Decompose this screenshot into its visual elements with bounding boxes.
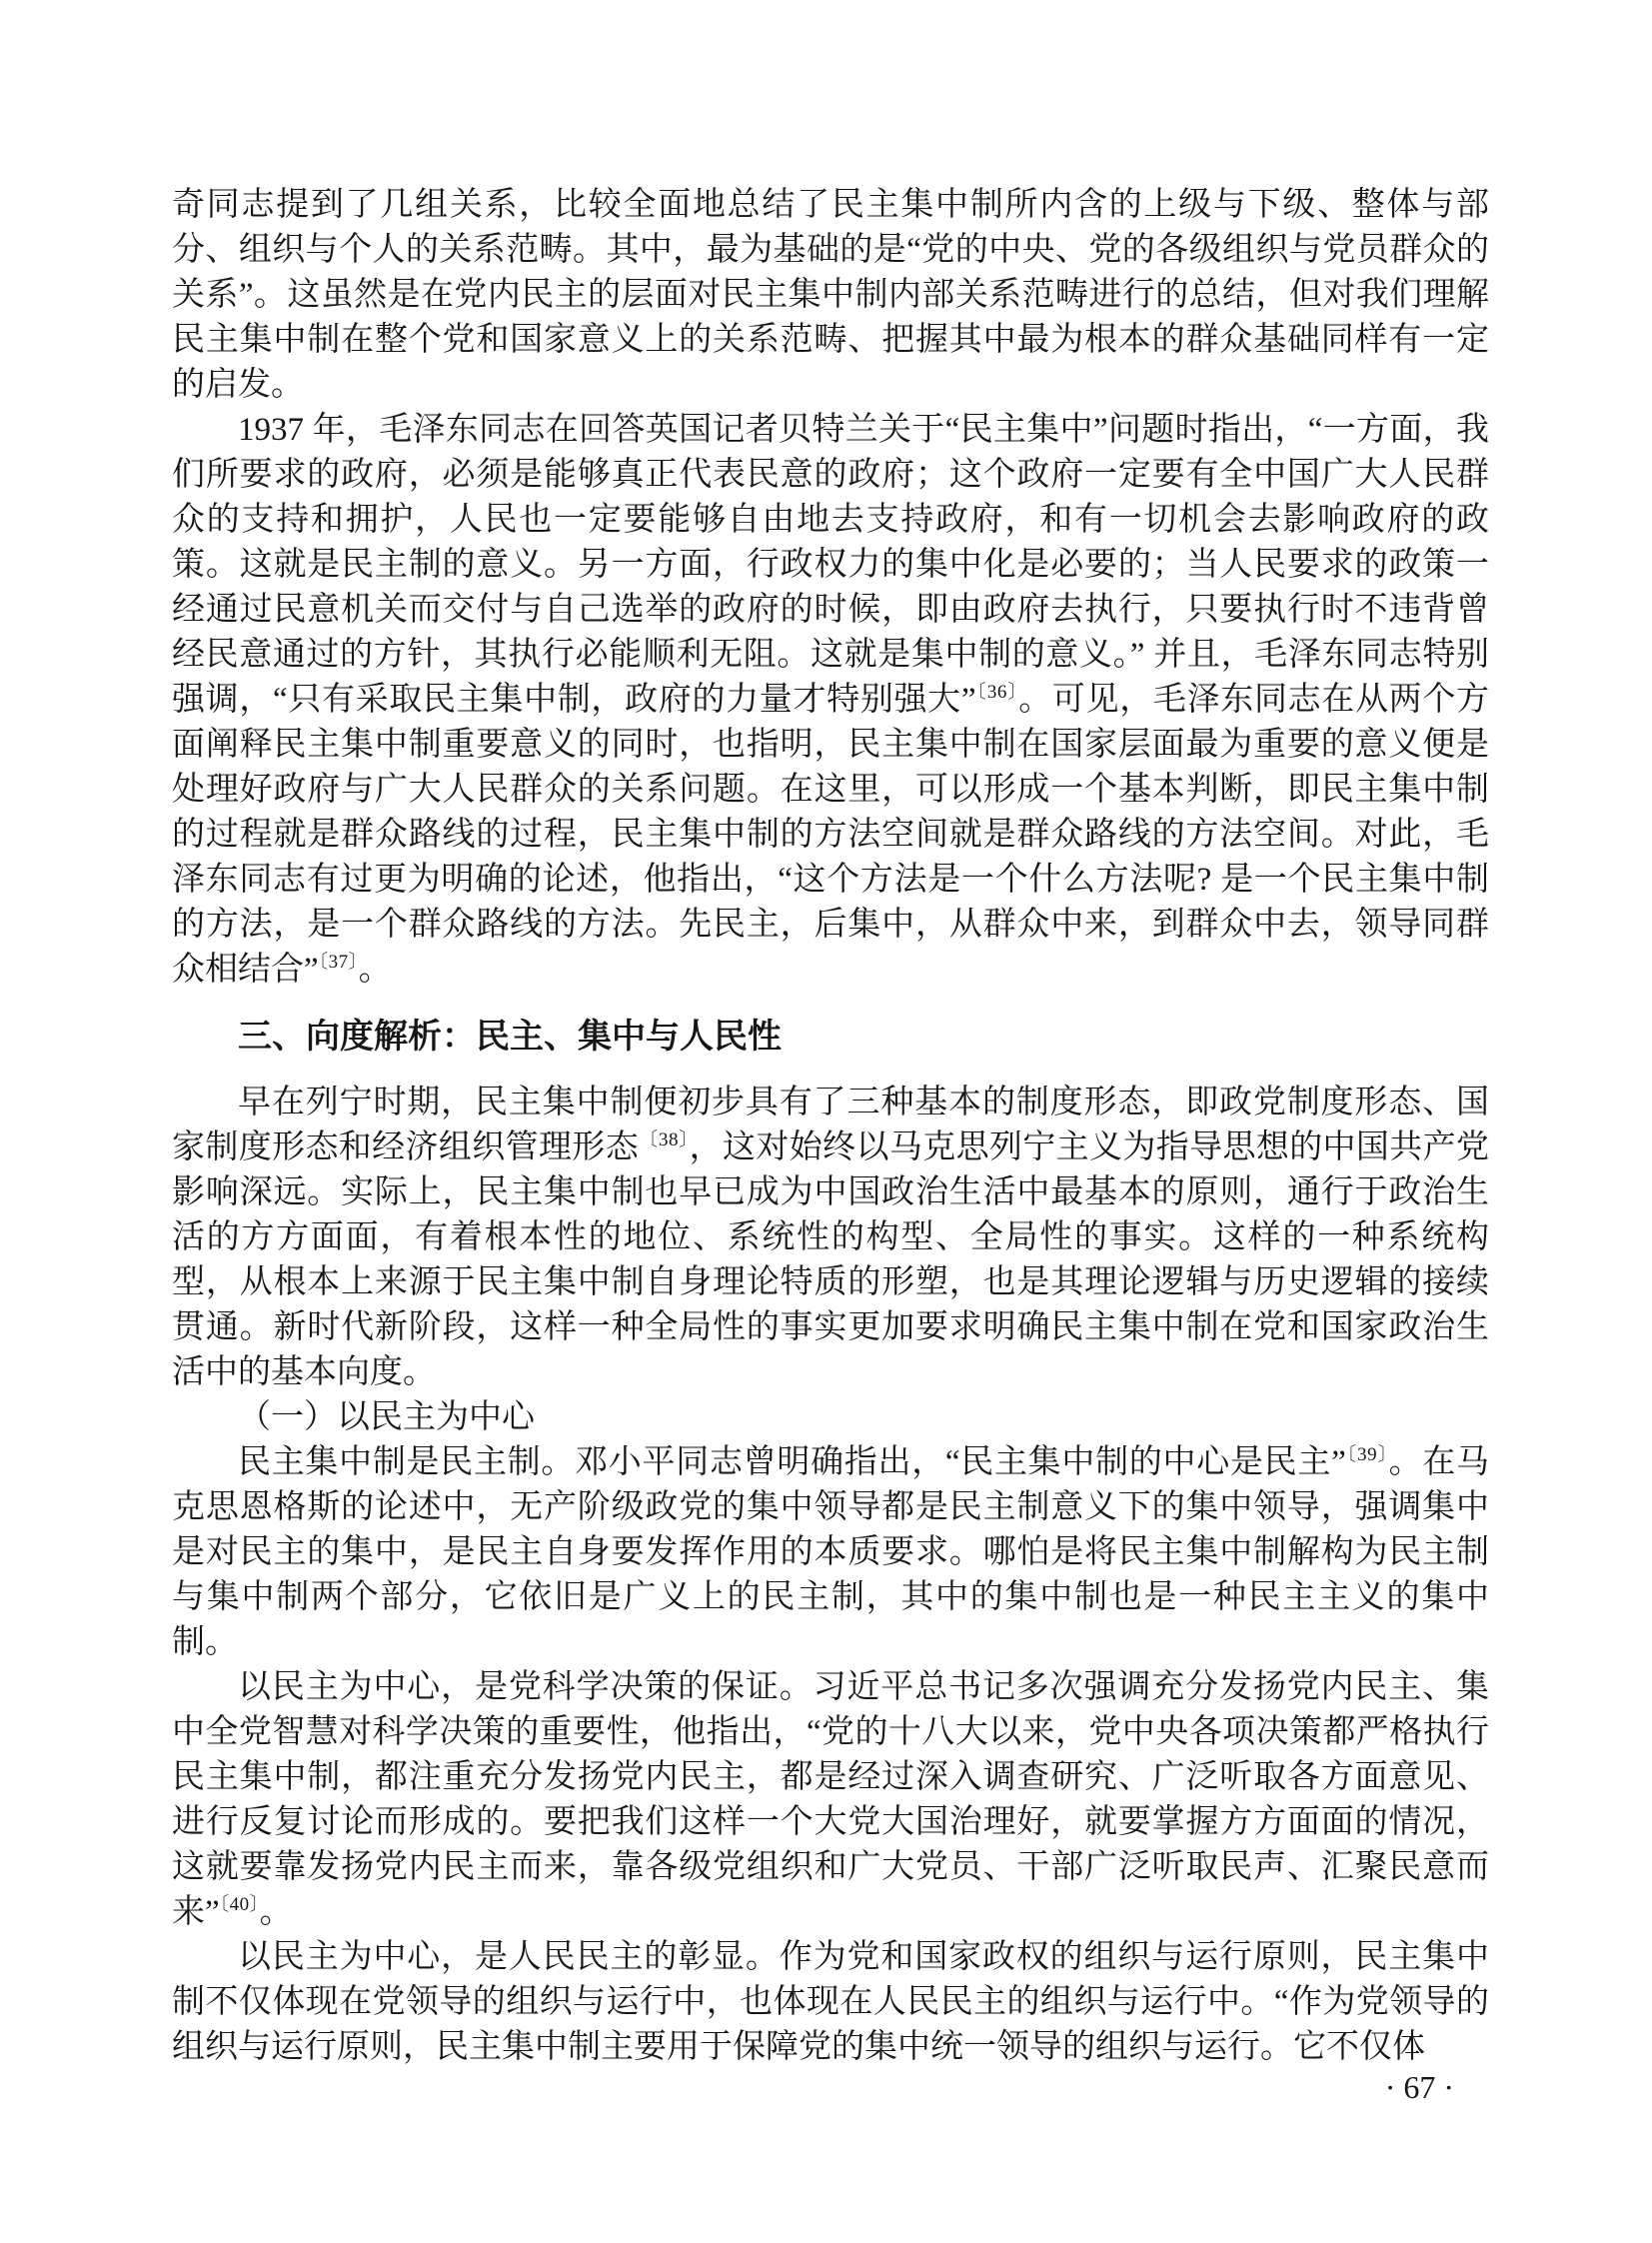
article-body: 奇同志提到了几组关系，比较全面地总结了民主集中制所内含的上级与下级、整体与部分、… <box>172 183 1489 2070</box>
page-number: · 67 · <box>1385 2065 1454 2110</box>
footnote-ref: 〔36〕 <box>976 682 1019 703</box>
body-paragraph: 1937 年，毛泽东同志在回答英国记者贝特兰关于“民主集中”问题时指出，“一方面… <box>172 408 1489 993</box>
body-paragraph: 奇同志提到了几组关系，比较全面地总结了民主集中制所内含的上级与下级、整体与部分、… <box>172 183 1489 408</box>
body-paragraph: 早在列宁时期，民主集中制便初步具有了三种基本的制度形态，即政党制度形态、国家制度… <box>172 1081 1489 1395</box>
footnote-ref: 〔37〕 <box>319 952 359 973</box>
footnote-ref: 〔39〕 <box>1346 1444 1389 1465</box>
subsection-heading: （一）以民主为中心 <box>172 1395 1489 1440</box>
section-heading: 三、向度解析：民主、集中与人民性 <box>172 1015 1489 1060</box>
footnote-ref: 〔40〕 <box>220 1894 260 1915</box>
body-paragraph: 以民主为中心，是党科学决策的保证。习近平总书记多次强调充分发扬党内民主、集中全党… <box>172 1665 1489 1935</box>
body-paragraph: 民主集中制是民主制。邓小平同志曾明确指出，“民主集中制的中心是民主”〔39〕。在… <box>172 1440 1489 1665</box>
document-page: 奇同志提到了几组关系，比较全面地总结了民主集中制所内含的上级与下级、整体与部分、… <box>0 0 1652 2243</box>
body-paragraph: 以民主为中心，是人民民主的彰显。作为党和国家政权的组织与运行原则，民主集中制不仅… <box>172 1935 1489 2070</box>
footnote-ref: 〔38〕 <box>639 1129 690 1150</box>
